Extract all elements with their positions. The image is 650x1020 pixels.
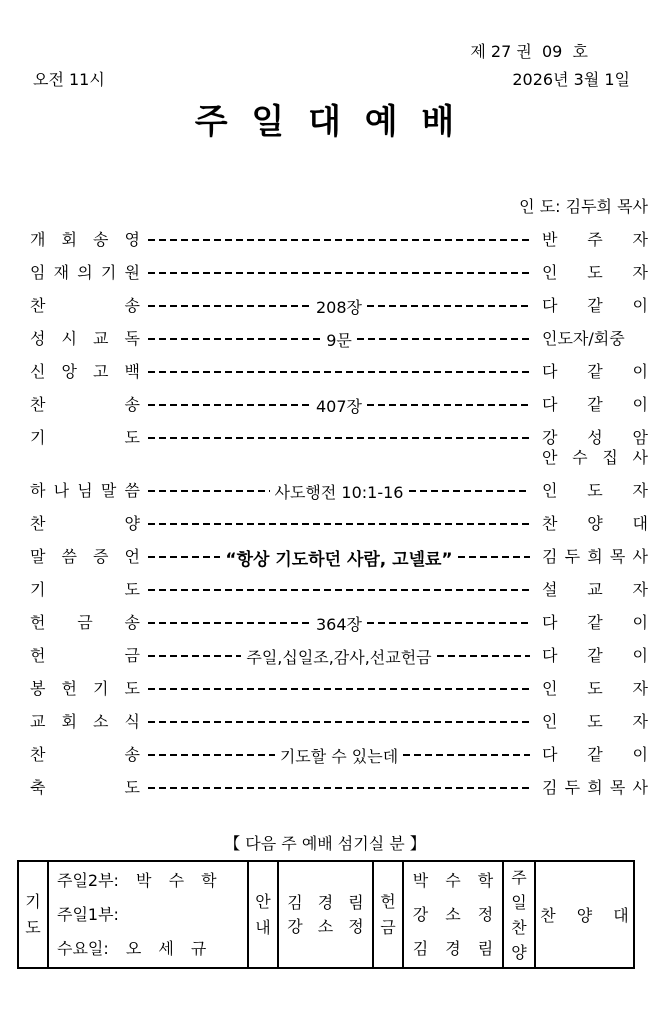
program-item-label: 기 도 [30, 580, 140, 600]
dash-line [148, 523, 530, 525]
program-item-label: 찬 송 [30, 296, 140, 316]
dash-leader: 364장 [148, 613, 530, 633]
program-item-label: 성 시 교 독 [30, 329, 140, 349]
table-cell-prayer-label: 기 도 [18, 861, 48, 968]
program-item-detail: 364장 [311, 612, 367, 635]
program-row-offering-hymn: 헌 금 송 364장 다 같 이 [30, 613, 648, 633]
program-item-assignee: 강 성 암 안 수 집 사 [542, 428, 648, 468]
dash-line [148, 371, 530, 373]
program-item-label: 찬 양 [30, 514, 140, 534]
table-cell-offering-label: 헌 금 [373, 861, 403, 968]
dash-leader [148, 580, 530, 600]
program-item-label: 임 재 의 기 원 [30, 263, 140, 283]
program-item-label: 말 씀 증 언 [30, 547, 140, 567]
dash-leader [148, 230, 530, 250]
dash-line [357, 338, 530, 340]
next-week-title: 【 다음 주 예배 섬기실 분 】 [0, 835, 650, 853]
program-item-label: 기 도 [30, 428, 140, 448]
program-row-sermon: 말 씀 증 언 “항상 기도하던 사람, 고넬료” 김 두 희 목 사 [30, 547, 648, 567]
issue-number: 제 27 권 09 호 [0, 0, 650, 60]
program-item-label: 찬 송 [30, 395, 140, 415]
program-row-scripture-reading: 하 나 님 말 씀 사도행전 10:1-16 인 도 자 [30, 481, 648, 501]
dash-line [367, 404, 530, 406]
dash-line [148, 622, 311, 624]
program-item-assignee: 다 같 이 [542, 646, 648, 666]
program-item-assignee: 인 도 자 [542, 481, 648, 501]
dash-line [148, 721, 530, 723]
program-item-label: 축 도 [30, 778, 140, 798]
sermon-title: “항상 기도하던 사람, 고넬료” [220, 545, 457, 570]
program-item-detail: 407장 [311, 394, 367, 417]
dash-line [148, 338, 321, 340]
dash-leader: 407장 [148, 395, 530, 415]
dash-line [367, 622, 530, 624]
program-row-choir-anthem: 찬 양 찬 양 대 [30, 514, 648, 534]
program-item-assignee: 다 같 이 [542, 296, 648, 316]
dash-leader [148, 514, 530, 534]
dash-line [403, 754, 530, 756]
program-row-hymn-208: 찬 송 208장 다 같 이 [30, 296, 648, 316]
program-row-closing-hymn: 찬 송 기도할 수 있는데 다 같 이 [30, 745, 648, 765]
service-date: 2026년 3월 1일 [512, 72, 630, 88]
dash-line [148, 787, 530, 789]
program-item-label: 헌 금 [30, 646, 140, 666]
program-item-assignee: 김 두 희 목 사 [542, 778, 648, 798]
program-row-benediction: 축 도 김 두 희 목 사 [30, 778, 648, 798]
program-row-announcements: 교 회 소 식 인 도 자 [30, 712, 648, 732]
dash-line [148, 556, 220, 558]
program-item-label: 찬 송 [30, 745, 140, 765]
dash-leader: 주일,십일조,감사,선교헌금 [148, 646, 530, 666]
page-title: 주 일 대 예 배 [0, 104, 650, 140]
program-item-assignee: 인 도 자 [542, 679, 648, 699]
program-item-label: 교 회 소 식 [30, 712, 140, 732]
program-item-detail: 9문 [321, 328, 357, 351]
subheader: 오전 11시 2026년 3월 1일 [0, 72, 650, 88]
program-item-label: 봉 헌 기 도 [30, 679, 140, 699]
table-cell-praise-label: 주 일 찬 양 [503, 861, 535, 968]
program-item-assignee: 반 주 자 [542, 230, 648, 250]
dash-line [458, 556, 530, 558]
dash-leader: “항상 기도하던 사람, 고넬료” [148, 547, 530, 567]
program-item-detail: 208장 [311, 295, 367, 318]
dash-leader: 9문 [148, 329, 530, 349]
dash-leader [148, 679, 530, 699]
dash-line [148, 490, 270, 492]
dash-line [437, 655, 530, 657]
dash-line [367, 305, 530, 307]
program-item-assignee: 다 같 이 [542, 613, 648, 633]
dash-line [148, 688, 530, 690]
dash-leader [148, 778, 530, 798]
table-cell-usher-names: 김 경 림 강 소 정 [278, 861, 373, 968]
program-item-detail: 기도할 수 있는데 [275, 744, 403, 767]
program-row-prayer-preacher: 기 도 설 교 자 [30, 580, 648, 600]
program-item-assignee: 설 교 자 [542, 580, 648, 600]
program-item-assignee: 김 두 희 목 사 [542, 547, 648, 567]
program-item-assignee: 인도자/회중 [542, 329, 648, 349]
dash-line [148, 239, 530, 241]
program-item-label: 신 앙 고 백 [30, 362, 140, 382]
program-item-label: 하 나 님 말 씀 [30, 481, 140, 501]
dash-line [148, 305, 311, 307]
program-item-detail: 사도행전 10:1-16 [270, 480, 409, 503]
dash-line [148, 589, 530, 591]
dash-line [148, 437, 530, 439]
program-row-hymn-407: 찬 송 407장 다 같 이 [30, 395, 648, 415]
bulletin-page: 제 27 권 09 호 오전 11시 2026년 3월 1일 주 일 대 예 배… [0, 0, 650, 969]
program-row-invocation: 임 재 의 기 원 인 도 자 [30, 263, 648, 283]
next-week-section: 【 다음 주 예배 섬기실 분 】 기 도 주일2부: 박 수 학 주일1부: … [0, 835, 650, 969]
program-row-offering: 헌 금 주일,십일조,감사,선교헌금 다 같 이 [30, 646, 648, 666]
dash-leader: 208장 [148, 296, 530, 316]
dash-line [148, 404, 311, 406]
dash-leader: 기도할 수 있는데 [148, 745, 530, 765]
next-week-table: 기 도 주일2부: 박 수 학 주일1부: 수요일: 오 세 규 안 내 김 경… [17, 860, 635, 969]
program-row-opening-doxology: 개 회 송 영 반 주 자 [30, 230, 648, 250]
dash-line [409, 490, 531, 492]
table-cell-prayer-names: 주일2부: 박 수 학 주일1부: 수요일: 오 세 규 [48, 861, 248, 968]
dash-leader [148, 428, 530, 448]
program-item-assignee: 다 같 이 [542, 745, 648, 765]
dash-leader: 사도행전 10:1-16 [148, 481, 530, 501]
table-cell-offering-names: 박 수 학 강 소 정 김 경 림 [403, 861, 503, 968]
order-of-worship: 인 도: 김두희 목사 개 회 송 영 반 주 자 임 재 의 기 원 인 도 … [30, 198, 648, 798]
program-row-offering-prayer: 봉 헌 기 도 인 도 자 [30, 679, 648, 699]
dash-leader [148, 263, 530, 283]
table-cell-usher-label: 안 내 [248, 861, 278, 968]
table-cell-praise-names: 찬 양 대 [535, 861, 634, 968]
dash-leader [148, 362, 530, 382]
program-item-assignee: 찬 양 대 [542, 514, 648, 534]
dash-line [148, 754, 275, 756]
program-item-label: 헌 금 송 [30, 613, 140, 633]
dash-line [148, 272, 530, 274]
program-item-detail: 주일,십일조,감사,선교헌금 [241, 645, 436, 668]
program-item-assignee: 인 도 자 [542, 712, 648, 732]
program-item-assignee: 다 같 이 [542, 362, 648, 382]
service-time: 오전 11시 [33, 72, 105, 88]
program-row-responsive-reading: 성 시 교 독 9문 인도자/회중 [30, 329, 648, 349]
program-row-prayer-deacon: 기 도 강 성 암 안 수 집 사 [30, 428, 648, 468]
program-item-assignee: 다 같 이 [542, 395, 648, 415]
dash-leader [148, 712, 530, 732]
worship-leader: 인 도: 김두희 목사 [30, 198, 648, 216]
table-row: 기 도 주일2부: 박 수 학 주일1부: 수요일: 오 세 규 안 내 김 경… [18, 861, 634, 968]
program-item-label: 개 회 송 영 [30, 230, 140, 250]
dash-line [148, 655, 241, 657]
program-item-assignee: 인 도 자 [542, 263, 648, 283]
program-row-creed: 신 앙 고 백 다 같 이 [30, 362, 648, 382]
